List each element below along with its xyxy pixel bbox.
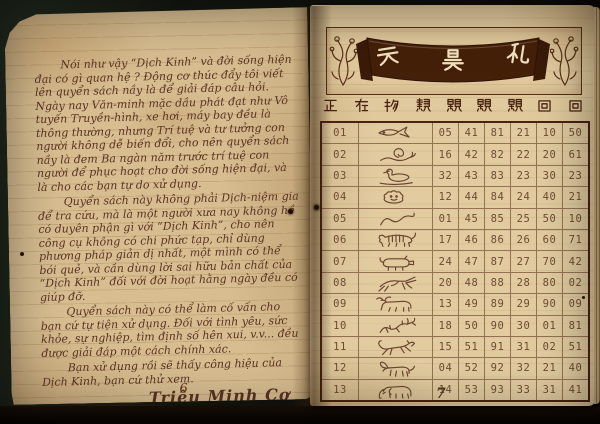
number-cell: 30 xyxy=(536,166,562,186)
ink-speck xyxy=(20,252,24,256)
number-cell: 01 xyxy=(432,209,458,229)
number-cell: 87 xyxy=(484,251,510,271)
number-cell: 80 xyxy=(536,273,562,293)
number-cell: 81 xyxy=(562,316,588,336)
fish-icon xyxy=(358,123,432,143)
table-row: 12 04 52 92 32 21 40 xyxy=(322,357,588,378)
number-cell: 50 xyxy=(458,316,484,336)
number-cell: 21 xyxy=(562,187,588,207)
number-cell: 10 xyxy=(562,209,588,229)
number-cell: 44 xyxy=(458,187,484,207)
number-cell: 32 xyxy=(510,358,536,378)
header-character xyxy=(445,97,462,118)
frog-icon xyxy=(358,187,432,207)
header-character xyxy=(506,97,523,118)
manuscript-paragraph: Quyển sách này không phải Dịch-niệm gia … xyxy=(38,190,303,304)
number-cell: 04 xyxy=(432,358,458,378)
number-cell: 20 xyxy=(432,273,458,293)
number-cell: 12 xyxy=(432,187,458,207)
number-cell: 24 xyxy=(432,251,458,271)
row-ordinal: 09 xyxy=(322,294,358,314)
number-cell: 31 xyxy=(510,337,536,357)
number-cell: 92 xyxy=(484,358,510,378)
number-cell: 25 xyxy=(510,209,536,229)
manuscript-paragraph: Nói như vậy “Dịch Kinh” và đời sống hiện… xyxy=(34,53,299,194)
table-row: 10 18 50 90 30 01 81 xyxy=(322,315,588,336)
table-row: 02 16 42 82 22 20 61 xyxy=(322,143,588,164)
number-cell: 02 xyxy=(536,337,562,357)
number-cell: 86 xyxy=(484,230,510,250)
snail-icon xyxy=(358,144,432,164)
number-cell: 93 xyxy=(484,380,510,400)
number-cell: 05 xyxy=(432,123,458,143)
row-ordinal: 08 xyxy=(322,273,358,293)
number-cell: 85 xyxy=(484,209,510,229)
number-cell: 90 xyxy=(484,316,510,336)
duck-icon xyxy=(358,166,432,186)
row-ordinal: 05 xyxy=(322,209,358,229)
number-cell: 22 xyxy=(510,144,536,164)
table-row: 03 32 43 83 23 30 23 xyxy=(322,165,588,186)
number-cell: 29 xyxy=(510,294,536,314)
dragon-icon xyxy=(358,316,432,336)
banner-character xyxy=(502,39,532,73)
table-row: 13 14 53 93 33 31 41 xyxy=(322,379,588,400)
number-cell: 40 xyxy=(536,187,562,207)
number-cell: 52 xyxy=(458,358,484,378)
row-ordinal: 06 xyxy=(322,230,358,250)
manuscript-paragraph: Bạn xử dụng rồi sẽ thấy công hiệu của Dị… xyxy=(42,356,305,389)
banner-scroll-characters xyxy=(353,28,553,90)
number-cell: 61 xyxy=(562,144,588,164)
banner-character xyxy=(373,39,403,73)
number-cell: 15 xyxy=(432,337,458,357)
number-cell: 13 xyxy=(432,294,458,314)
table-row: 05 01 45 85 25 50 10 xyxy=(322,208,588,229)
tiger-icon xyxy=(358,230,432,250)
background-bottom-edge xyxy=(0,406,600,424)
number-cell: 21 xyxy=(510,123,536,143)
number-cell: 23 xyxy=(562,166,588,186)
right-page: 01 05 41 81 21 10 50 02 16 42 82 22 20 6… xyxy=(310,5,597,406)
row-ordinal: 07 xyxy=(322,251,358,271)
number-cell: 24 xyxy=(510,187,536,207)
number-cell: 53 xyxy=(458,380,484,400)
header-character xyxy=(414,97,431,118)
number-cell: 41 xyxy=(562,380,588,400)
banner-character xyxy=(440,47,466,77)
table-row: 04 12 44 84 24 40 21 xyxy=(322,186,588,207)
number-cell: 82 xyxy=(484,144,510,164)
number-cell: 21 xyxy=(536,358,562,378)
number-cell: 30 xyxy=(510,316,536,336)
number-cell: 48 xyxy=(458,273,484,293)
row-ordinal: 03 xyxy=(322,166,358,186)
animal-number-table: 01 05 41 81 21 10 50 02 16 42 82 22 20 6… xyxy=(320,121,590,402)
number-cell: 83 xyxy=(484,166,510,186)
manuscript-paragraph: Quyển sách này có thể làm cố vấn cho bạn… xyxy=(40,300,303,360)
left-page: Nói như vậy “Dịch Kinh” và đời sống hiện… xyxy=(4,7,314,405)
number-cell: 10 xyxy=(536,123,562,143)
number-cell: 02 xyxy=(562,273,588,293)
number-cell: 26 xyxy=(510,230,536,250)
dog-icon xyxy=(358,337,432,357)
number-cell: 46 xyxy=(458,230,484,250)
number-cell: 70 xyxy=(536,251,562,271)
handwritten-text: Nói như vậy “Dịch Kinh” và đời sống hiện… xyxy=(34,53,305,420)
header-character xyxy=(353,97,370,118)
header-character xyxy=(567,97,584,118)
title-banner xyxy=(326,27,582,95)
book-photo: Nói như vậy “Dịch Kinh” và đời sống hiện… xyxy=(0,0,600,424)
number-cell: 43 xyxy=(458,166,484,186)
number-cell: 49 xyxy=(458,294,484,314)
table-row: 08 20 48 88 28 80 02 xyxy=(322,272,588,293)
number-cell: 41 xyxy=(458,123,484,143)
number-cell: 31 xyxy=(536,380,562,400)
number-cell: 60 xyxy=(536,230,562,250)
row-ordinal: 02 xyxy=(322,144,358,164)
number-cell: 51 xyxy=(458,337,484,357)
number-cell: 17 xyxy=(432,230,458,250)
table-row: 01 05 41 81 21 10 50 xyxy=(322,123,588,143)
header-character xyxy=(536,97,553,118)
number-cell: 88 xyxy=(484,273,510,293)
number-cell: 42 xyxy=(458,144,484,164)
binding-stitch-hole xyxy=(288,209,293,214)
rabbit-icon xyxy=(358,273,432,293)
number-cell: 32 xyxy=(432,166,458,186)
row-ordinal: 13 xyxy=(322,380,358,400)
table-row: 06 17 46 86 26 60 71 xyxy=(322,229,588,250)
row-ordinal: 11 xyxy=(322,337,358,357)
binding-stitch-hole xyxy=(314,205,319,210)
row-ordinal: 01 xyxy=(322,123,358,143)
number-cell: 01 xyxy=(536,316,562,336)
pig-icon xyxy=(358,251,432,271)
table-row: 11 15 51 91 31 02 51 xyxy=(322,336,588,357)
right-page-number: 7 xyxy=(436,386,446,402)
table-row: 09 13 49 89 29 90 09 xyxy=(322,293,588,314)
row-ordinal: 12 xyxy=(322,358,358,378)
number-cell: 50 xyxy=(562,123,588,143)
table-row: 07 24 47 87 27 70 42 xyxy=(322,250,588,271)
row-ordinal: 10 xyxy=(322,316,358,336)
number-cell: 33 xyxy=(510,380,536,400)
number-cell: 81 xyxy=(484,123,510,143)
header-character xyxy=(322,97,339,118)
number-cell: 89 xyxy=(484,294,510,314)
snake-icon xyxy=(358,209,432,229)
ink-speck xyxy=(582,296,585,299)
floral-ornament-icon xyxy=(550,31,580,89)
number-cell: 50 xyxy=(536,209,562,229)
number-cell: 27 xyxy=(510,251,536,271)
left-page-number: 6 xyxy=(179,381,188,396)
number-cell: 91 xyxy=(484,337,510,357)
row-ordinal: 04 xyxy=(322,187,358,207)
header-character xyxy=(383,97,400,118)
buffalo-icon xyxy=(358,294,432,314)
number-cell: 90 xyxy=(536,294,562,314)
number-cell: 84 xyxy=(484,187,510,207)
header-character xyxy=(475,97,492,118)
number-cell: 28 xyxy=(510,273,536,293)
horse-icon xyxy=(358,358,432,378)
number-cell: 42 xyxy=(562,251,588,271)
number-cell: 18 xyxy=(432,316,458,336)
number-cell: 47 xyxy=(458,251,484,271)
number-cell: 40 xyxy=(562,358,588,378)
table-header-characters xyxy=(322,95,584,119)
number-cell: 16 xyxy=(432,144,458,164)
elephant-icon xyxy=(358,380,432,400)
number-cell: 20 xyxy=(536,144,562,164)
number-cell: 45 xyxy=(458,209,484,229)
number-cell: 51 xyxy=(562,337,588,357)
number-cell: 23 xyxy=(510,166,536,186)
number-cell: 71 xyxy=(562,230,588,250)
